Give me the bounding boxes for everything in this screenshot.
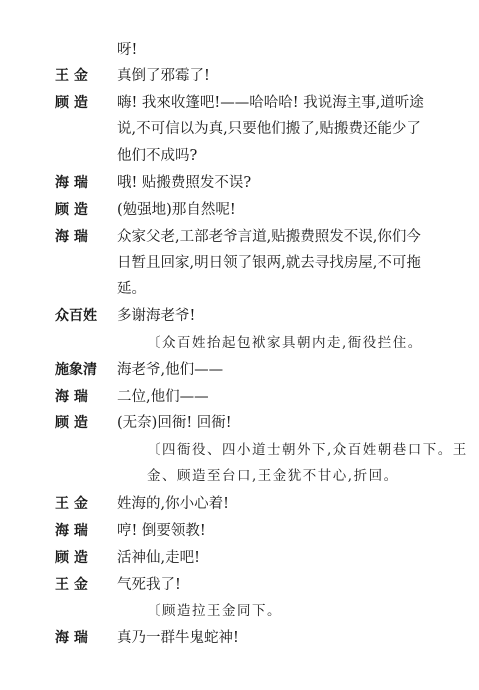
dialogue-line: 海 瑞 二位,他们—— (0, 384, 479, 410)
dialogue-text: 气死我了! (117, 572, 181, 598)
dialogue-text: 嗨! 我來收篷吧!——哈哈哈! 我说海主事,道听途 (117, 90, 424, 116)
speaker-name: 海 瑞 (55, 224, 107, 250)
dialogue-text: 活神仙,走吧! (117, 545, 200, 571)
dialogue-line: 顾 造 嗨! 我來收篷吧!——哈哈哈! 我说海主事,道听途 (0, 90, 479, 116)
stage-direction-text: 金、顾造至台口,王金犹不甘心,折回。 (147, 463, 399, 489)
script-page: 呀! 王 金 真倒了邪霉了! 顾 造 嗨! 我來收篷吧!——哈哈哈! 我说海主事… (0, 0, 479, 690)
speaker-name: 王 金 (55, 572, 107, 598)
dialogue-text: 延。 (117, 276, 146, 302)
speaker-name: 海 瑞 (55, 170, 107, 196)
dialogue-text: 真倒了邪霉了! (117, 63, 210, 89)
dialogue-text: 哦! 贴搬费照发不误? (117, 170, 251, 196)
dialogue-text: (勉强地)那自然呢! (117, 197, 236, 223)
dialogue-text: 二位,他们—— (117, 384, 209, 410)
dialogue-line: 呀! (0, 37, 479, 63)
stage-direction-text: 〔四衙役、四小道士朝外下,众百姓朝巷口下。王 (147, 437, 468, 463)
dialogue-line: 顾 造 (无奈)回衙! 回衙! (0, 410, 479, 436)
speaker-name: 顾 造 (55, 197, 107, 223)
dialogue-text: 真乃一群牛鬼蛇神! (117, 625, 239, 651)
stage-direction: 金、顾造至台口,王金犹不甘心,折回。 (0, 463, 479, 489)
stage-direction: 〔顾造拉王金同下。 (0, 598, 479, 624)
dialogue-line: 他们不成吗? (0, 143, 479, 169)
stage-direction-text: 〔顾造拉王金同下。 (147, 598, 282, 624)
dialogue-line: 施象清 海老爷,他们—— (0, 357, 479, 383)
stage-direction: 〔众百姓抬起包袱家具朝内走,衙役拦住。 (0, 330, 479, 356)
dialogue-line: 海 瑞 哦! 贴搬费照发不误? (0, 170, 479, 196)
dialogue-line: 日暂且回家,明日领了银两,就去寻找房屋,不可拖 (0, 250, 479, 276)
stage-direction-text: 〔众百姓抬起包袱家具朝内走,衙役拦住。 (147, 330, 423, 356)
dialogue-text: 说,不可信以为真,只要他们搬了,贴搬费还能少了 (117, 116, 421, 142)
speaker-name: 顾 造 (55, 545, 107, 571)
speaker-name: 众百姓 (55, 303, 107, 329)
speaker-name: 王 金 (55, 63, 107, 89)
speaker-name: 施象清 (55, 357, 107, 383)
dialogue-text: 呀! (117, 37, 137, 63)
dialogue-text: 多谢海老爷! (117, 303, 195, 329)
speaker-name: 顾 造 (55, 90, 107, 116)
stage-direction: 〔四衙役、四小道士朝外下,众百姓朝巷口下。王 (0, 437, 479, 463)
dialogue-text: 姓海的,你小心着! (117, 491, 229, 517)
dialogue-text: 日暂且回家,明日领了银两,就去寻找房屋,不可拖 (117, 250, 421, 276)
dialogue-line: 海 瑞 哼! 倒要领教! (0, 518, 479, 544)
dialogue-text: 他们不成吗? (117, 143, 197, 169)
dialogue-line: 众百姓 多谢海老爷! (0, 303, 479, 329)
dialogue-line: 王 金 姓海的,你小心着! (0, 491, 479, 517)
dialogue-text: (无奈)回衙! 回衙! (117, 410, 232, 436)
speaker-name: 顾 造 (55, 410, 107, 436)
speaker-name: 海 瑞 (55, 518, 107, 544)
dialogue-text: 海老爷,他们—— (117, 357, 223, 383)
dialogue-line: 王 金 真倒了邪霉了! (0, 63, 479, 89)
dialogue-text: 众家父老,工部老爷言道,贴搬费照发不误,你们今 (117, 224, 421, 250)
dialogue-line: 海 瑞 众家父老,工部老爷言道,贴搬费照发不误,你们今 (0, 224, 479, 250)
dialogue-text: 哼! 倒要领教! (117, 518, 206, 544)
dialogue-line: 王 金 气死我了! (0, 572, 479, 598)
dialogue-line: 延。 (0, 276, 479, 302)
dialogue-line: 海 瑞 真乃一群牛鬼蛇神! (0, 625, 479, 651)
dialogue-line: 顾 造 活神仙,走吧! (0, 545, 479, 571)
speaker-name: 王 金 (55, 491, 107, 517)
dialogue-line: 说,不可信以为真,只要他们搬了,贴搬费还能少了 (0, 116, 479, 142)
speaker-name: 海 瑞 (55, 625, 107, 651)
dialogue-line: 顾 造 (勉强地)那自然呢! (0, 197, 479, 223)
speaker-name: 海 瑞 (55, 384, 107, 410)
